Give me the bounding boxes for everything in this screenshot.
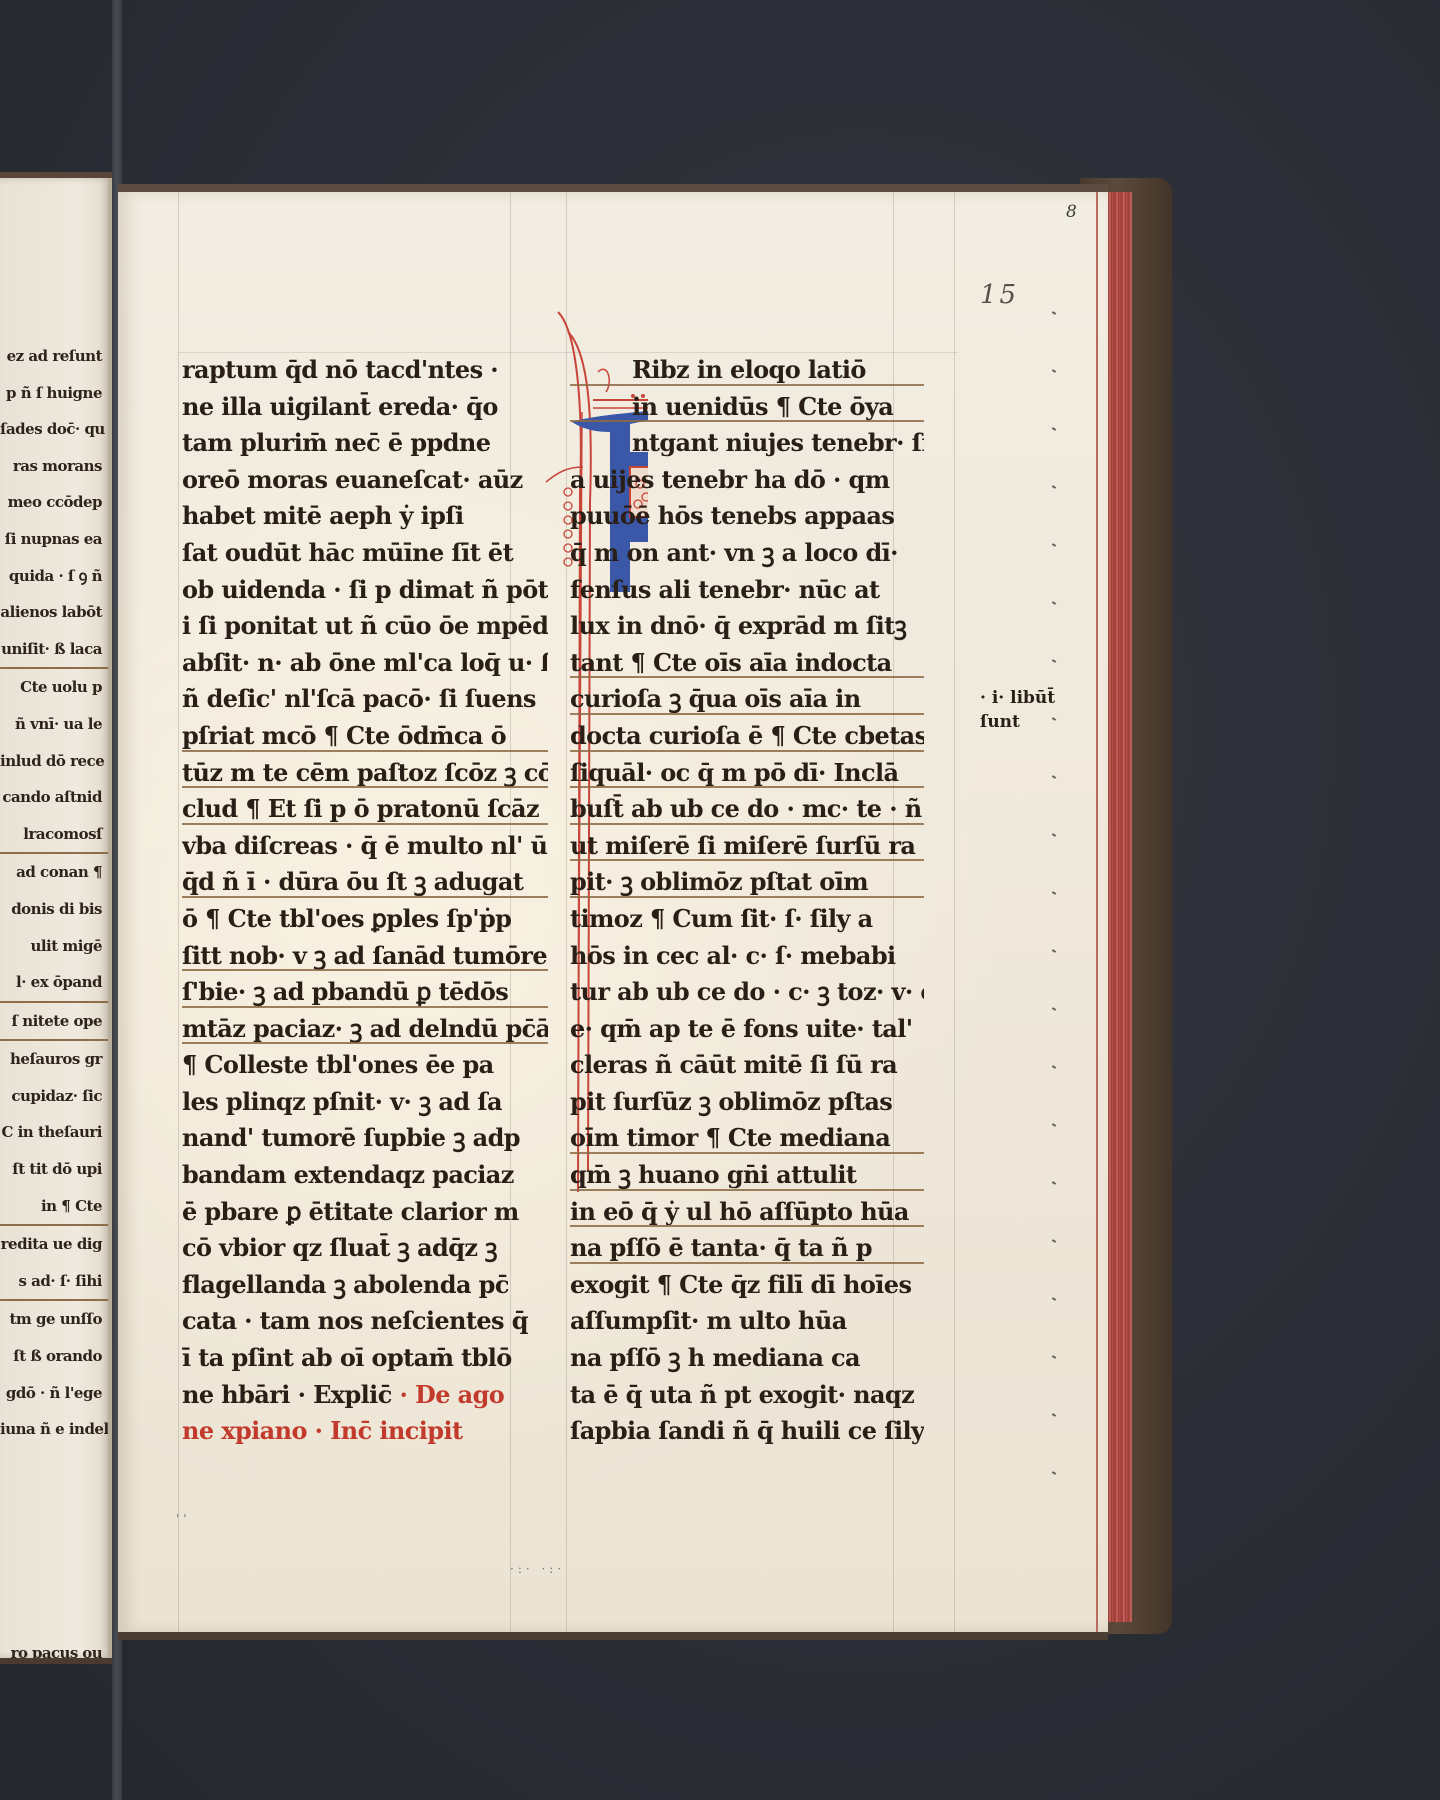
pricking-mark (1052, 1007, 1056, 1011)
manuscript-line: hōs in cec al· c· ſ· mebabi (570, 938, 924, 975)
verso-line-fragment: ulit migē (0, 928, 108, 965)
pricking-mark (1052, 369, 1056, 373)
manuscript-line: ta ē q̄ uta ñ pt exogit· naqz (570, 1377, 924, 1414)
manuscript-line: ne xpiano · Inc̄ incipit (182, 1413, 548, 1450)
marginal-annotation: · i· libūt̄ ſunt (980, 686, 1090, 734)
manuscript-line: clud ¶ Et ſi p ō pratonū ſcāz (182, 791, 548, 828)
manuscript-line: vba diſcreas · q̄ ē multo nl' ūe (182, 828, 548, 865)
foliation-number: 15 (980, 280, 1019, 310)
manuscript-line: flagellanda ꝫ abolenda pc̄ (182, 1267, 548, 1304)
pricking-mark (1052, 311, 1056, 315)
manuscript-line: tur ab ub ce do · c· ꝫ toz· v· c· po, (570, 974, 924, 1011)
manuscript-line: curioſa ꝫ q̄ua oīs aīa in (570, 681, 924, 718)
manuscript-line: q̄d ñ ī · dūra ōu ſt ꝫ adugat (182, 864, 548, 901)
manuscript-line: pit· ꝫ oblimōz pſtat oīm (570, 864, 924, 901)
pricking-mark (1052, 543, 1056, 547)
ruling-line (178, 192, 179, 1632)
text-column-right: Ribz in eloqo latiōin uenidūs ¶ Cte ōyan… (570, 352, 924, 1450)
manuscript-line: cleras ñ cāūt mitē ſi ſū ra (570, 1047, 924, 1084)
marginal-note-line: · i· libūt̄ (980, 686, 1090, 710)
manuscript-line: pit ſurſūz ꝫ oblimōz pſtas (570, 1084, 924, 1121)
manuscript-line: abſit· n· ab ōne ml'ca loq̄ u· ß (182, 645, 548, 682)
left-page-text: ez ad reſuntp ñ ſ huigneſades doc̄· qura… (0, 338, 108, 1448)
manuscript-line: ne hbāri · Explic̄ · De ago (182, 1377, 548, 1414)
verso-line-fragment: ſi nupnas ea (0, 521, 108, 558)
left-page-bottom-text: ro pacus ouex fuſcais ñus latent̄ (0, 1638, 108, 1664)
verso-line-fragment: alienos labōt (0, 594, 108, 631)
verso-line-fragment: ſades doc̄· qu (0, 411, 108, 448)
verso-line-fragment: in ¶ Cte (0, 1188, 108, 1227)
manuscript-line: pſriat mcō ¶ Cte ōdm̄ca ō (182, 718, 548, 755)
manuscript-line: buſt̄ ab ub ce do · mc· te · ñ ui (570, 791, 924, 828)
verso-line-fragment: uniſit· ß laca (0, 631, 108, 670)
pricking-mark (1052, 833, 1056, 837)
verso-line-fragment: inlud dō rece (0, 743, 108, 780)
manuscript-line: nand' tumorē ſupbie ꝫ adp (182, 1120, 548, 1157)
recto-page: 8 15 raptum q̄d nō tacd'ntes ·ne illa ui… (118, 184, 1108, 1640)
manuscript-line: ſiquāl· oc q̄ m pō dī· Inclā (570, 755, 924, 792)
pricking-mark (1052, 1471, 1056, 1475)
pricking-mark (1052, 1297, 1056, 1301)
pricking-mark (1052, 1355, 1056, 1359)
manuscript-line: qm̄ ꝫ huano gn̄i attulit (570, 1157, 924, 1194)
verso-line-fragment: Cte uolu p (0, 669, 108, 706)
verso-line-fragment: cupidaz· ſic (0, 1078, 108, 1115)
manuscript-line: puuōē hōs tenebs appaas (570, 498, 924, 535)
manuscript-line: fenſus ali tenebr· nūc at (570, 572, 924, 609)
pricking-mark (1052, 775, 1056, 779)
manuscript-line: cata · tam nos neſcientes q̄ (182, 1303, 548, 1340)
verso-line-fragment: ro pacus ou (0, 1638, 108, 1664)
verso-line-fragment: quida · ſ ꝯ ñ (0, 558, 108, 595)
manuscript-line: tūz m te cēm paſtoz ſcōz ꝫ cō (182, 755, 548, 792)
verso-line-fragment: p ñ ſ huigne (0, 375, 108, 412)
ruling-line (954, 192, 955, 1632)
verso-line-fragment: ſt tit dō upi (0, 1151, 108, 1188)
verso-line-fragment: tm ge unſſo (0, 1301, 108, 1338)
manuscript-line: ne illa uigilant̄ ereda· q̄o (182, 389, 548, 426)
manuscript-line: q̄ m on ant· vn ꝫ a loco dī· (570, 535, 924, 572)
verso-line-fragment: donis di bis (0, 891, 108, 928)
manuscript-line: habet mitē aeph ẏ ipſi (182, 498, 548, 535)
text-column-left: raptum q̄d nō tacd'ntes ·ne illa uigilan… (182, 352, 548, 1450)
manuscript-line: i ſi ponitat ut ñ cūo ōe mpēdi (182, 608, 548, 645)
manuscript-line: in eō q̄ ẏ ul hō aſſūpto hūa (570, 1194, 924, 1231)
verso-line-fragment: redita ue dig (0, 1226, 108, 1263)
verso-line-fragment: s ad· ſ· ſihi (0, 1263, 108, 1302)
pricking-mark (1052, 1181, 1056, 1185)
manuscript-line: in uenidūs ¶ Cte ōya (570, 389, 924, 426)
verso-line-fragment: cando aſtnid (0, 779, 108, 816)
manuscript-line: ntgant niujes tenebr· ſidō (570, 425, 924, 462)
verso-line-fragment: l· ex ōpand (0, 964, 108, 1003)
folio-number-top: 8 (1066, 202, 1077, 222)
verso-line-fragment: ad conan ¶ (0, 854, 108, 891)
manuscript-line: aſſumpſit· m ulto hūa (570, 1303, 924, 1340)
manuscript-line: ñ deſic' nl'ſcā pacō· ſi ſuens (182, 681, 548, 718)
left-verso-page: ez ad reſuntp ñ ſ huigneſades doc̄· qura… (0, 172, 112, 1664)
verso-line-fragment: lracomosſ (0, 816, 108, 855)
pricking-mark (1052, 1239, 1056, 1243)
manuscript-line: na pſſō ē tanta· q̄ ta ñ p (570, 1230, 924, 1267)
manuscript-line: oreō moras euaneſcat· aūz (182, 462, 548, 499)
manuscript-line: raptum q̄d nō tacd'ntes · (182, 352, 548, 389)
manuscript-line: na pſſō ꝫ h mediana ca (570, 1340, 924, 1377)
verso-line-fragment: ñ vnī· ua le (0, 706, 108, 743)
pricking-mark (1052, 1123, 1056, 1127)
pricking-mark (1052, 485, 1056, 489)
bottom-pricking: '' (176, 1512, 191, 1526)
verso-line-fragment: C in theſauri (0, 1114, 108, 1151)
manuscript-line: mtāz paciaz· ꝫ ad delndū pc̄ā (182, 1011, 548, 1048)
manuscript-line: ¶ Colleste tbl'ones ēe pa (182, 1047, 548, 1084)
manuscript-line: tam plurim̄ nec̄ ē ppdne (182, 425, 548, 462)
manuscript-line: tant ¶ Cte oīs aīa indocta (570, 645, 924, 682)
verso-line-fragment: meo ccōdep (0, 484, 108, 521)
manuscript-line: lux in dnō· q̄ exprād m ſitꝫ (570, 608, 924, 645)
manuscript-line: ī ta pſint ab oī optam̄ tblō (182, 1340, 548, 1377)
manuscript-line: exogit ¶ Cte q̄z filī dī hoīes (570, 1267, 924, 1304)
verso-line-fragment: heſauros gr (0, 1041, 108, 1078)
pricking-mark (1052, 949, 1056, 953)
manuscript-line: ob uidenda · ſi p dimat ñ pōt (182, 572, 548, 609)
verso-line-fragment: ſ nitete ope (0, 1003, 108, 1042)
manuscript-line: ſ'bie· ꝫ ad pbandū ꝑ tēdōs (182, 974, 548, 1011)
manuscript-line: les plinqz pſnit· v· ꝫ ad ſa (182, 1084, 548, 1121)
manuscript-line: ſat oudūt hāc mūīne ſīt ēt (182, 535, 548, 572)
pricking-mark (1052, 427, 1056, 431)
manuscript-line: ſitt nob· v ꝫ ad ſanād tumōre (182, 938, 548, 975)
manuscript-line: a uijes tenebr ha dō · qm (570, 462, 924, 499)
manuscript-line: bandam extendaqz paciaz (182, 1157, 548, 1194)
manuscript-line: docta curioſa ē ¶ Cte cbetas (570, 718, 924, 755)
verso-line-fragment: ez ad reſunt (0, 338, 108, 375)
manuscript-line: ē pbare ꝑ ētitate clarior m (182, 1194, 548, 1231)
manuscript-line: ut miſerē ſi miſerē ſurſū ra (570, 828, 924, 865)
verso-line-fragment: ſt ß orando (0, 1338, 108, 1375)
rubric-text: · De ago (399, 1380, 504, 1409)
manuscript-line: Ribz in eloqo latiō (570, 352, 924, 389)
manuscript-line: ō ¶ Cte tbl'oes ꝑples ſp'ṗp (182, 901, 548, 938)
pricking-mark (1052, 659, 1056, 663)
manuscript-line: timoz ¶ Cum ſit· ſ· ſily a (570, 901, 924, 938)
manuscript-line: ſapbia ſandi ñ q̄ huili ce ſily (570, 1413, 924, 1450)
verso-line-fragment: ras morans (0, 448, 108, 485)
pricking-mark (1052, 601, 1056, 605)
manuscript-line: oīm timor ¶ Cte mediana (570, 1120, 924, 1157)
bottom-pricking: ·:· ·:· (510, 1562, 565, 1576)
pricking-mark (1052, 1413, 1056, 1417)
manuscript-line: e· qm̄ ap te ē fons uite· tal' (570, 1011, 924, 1048)
verso-line-fragment: iuna ñ e indel' (0, 1411, 108, 1448)
pricking-mark (1052, 891, 1056, 895)
manuscript-line: cō vbior qz ſluat̄ ꝫ adq̄z ꝫ (182, 1230, 548, 1267)
pricking-mark (1052, 1065, 1056, 1069)
verso-line-fragment: gdō · ñ l'ege (0, 1375, 108, 1412)
marginal-note-line: ſunt (980, 710, 1090, 734)
